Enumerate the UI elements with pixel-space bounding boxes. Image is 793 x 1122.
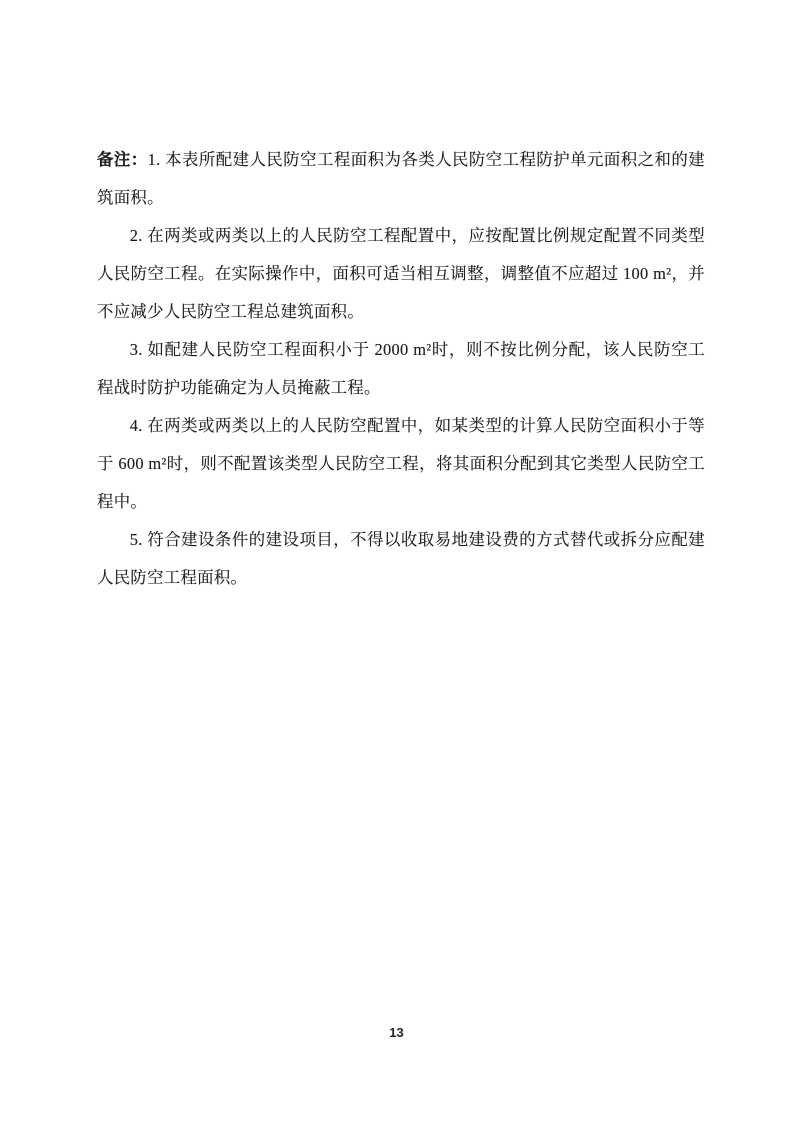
document-page: 备注：1. 本表所配建人民防空工程面积为各类人民防空工程防护单元面积之和的建筑面… [0,0,793,1122]
remark-paragraph-5: 5. 符合建设条件的建设项目，不得以收取易地建设费的方式替代或拆分应配建人民防空… [97,521,705,597]
remark-paragraph-1: 备注：1. 本表所配建人民防空工程面积为各类人民防空工程防护单元面积之和的建筑面… [97,141,705,217]
remarks-section: 备注：1. 本表所配建人民防空工程面积为各类人民防空工程防护单元面积之和的建筑面… [97,141,705,597]
remark-paragraph-4: 4. 在两类或两类以上的人民防空配置中，如某类型的计算人民防空面积小于等于 60… [97,407,705,521]
remark-text-1: 1. 本表所配建人民防空工程面积为各类人民防空工程防护单元面积之和的建筑面积。 [97,150,705,207]
remark-paragraph-3: 3. 如配建人民防空工程面积小于 2000 m²时，则不按比例分配，该人民防空工… [97,331,705,407]
remark-paragraph-2: 2. 在两类或两类以上的人民防空工程配置中，应按配置比例规定配置不同类型人民防空… [97,217,705,331]
page-number: 13 [0,1025,793,1040]
remarks-label: 备注： [97,150,148,169]
